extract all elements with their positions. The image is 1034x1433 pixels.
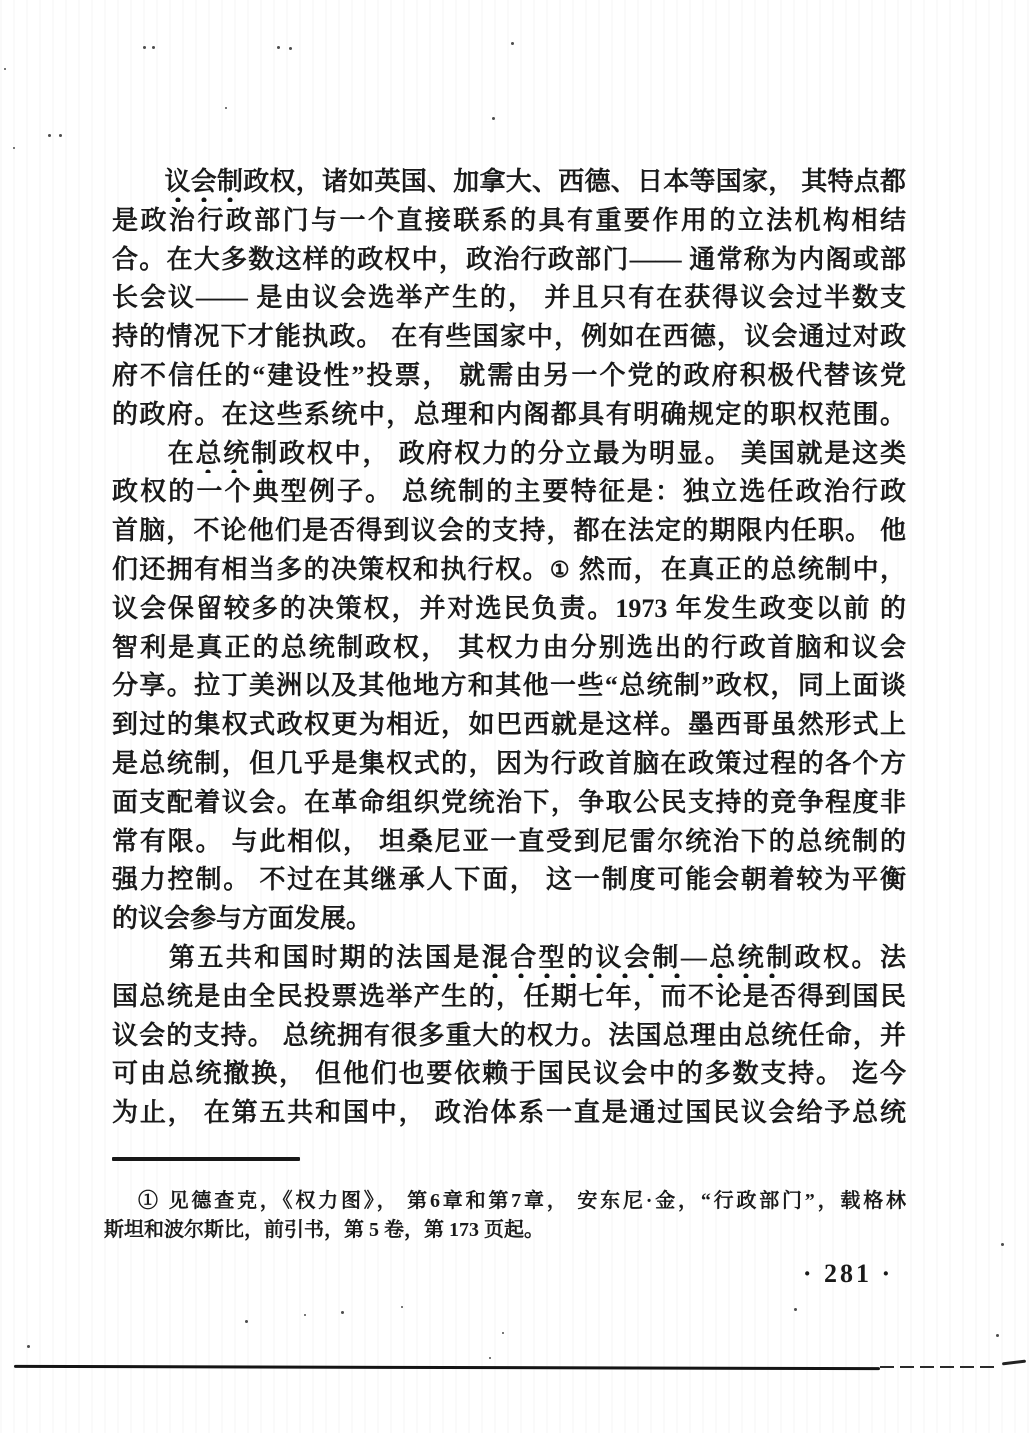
text-line: 长会议—— 是由议会选举产生的， 并且只有在获得议会过半数支	[112, 279, 906, 318]
page-bottom-scan-hook	[1002, 1360, 1026, 1366]
text-line: 面支配着议会。在革命组织党统治下，争取公民支持的竞争程度非	[112, 784, 906, 823]
text-line: ① 见德查克，《权力图》， 第6章和第7章， 安东尼·金，“行政部门”，载格林	[104, 1187, 906, 1216]
text-line: 第五共和国时期的法国是混合型的议会制—总统制政权。法	[112, 939, 906, 978]
text-run: 为止， 在第五共和国中， 政治体系一直是通过国民议会给予总统	[112, 1098, 906, 1127]
text-line: 政权的一个典型例子。 总统制的主要特征是：独立选任政治行政	[112, 473, 906, 512]
text-line: 们还拥有相当多的决策权和执行权。① 然而，在真正的总统制中，	[112, 551, 906, 590]
text-run: 分享。拉丁美洲以及其他地方和其他一些“总统制”政权，同上面谈	[112, 671, 906, 700]
scan-speck	[4, 68, 6, 70]
footnote: ① 见德查克，《权力图》， 第6章和第7章， 安东尼·金，“行政部门”，载格林斯…	[104, 1187, 906, 1244]
footnote-reference-mark: ①	[550, 557, 571, 582]
scan-speck	[152, 46, 155, 49]
scan-speck	[13, 147, 15, 149]
scan-speck	[277, 46, 280, 49]
text-line: 是政治行政部门与一个直接联系的具有重要作用的立法机构相结	[112, 202, 906, 241]
text-run: 第五共和国时期的法国是	[112, 943, 482, 972]
footnote-separator	[112, 1157, 300, 1161]
page-number: · 281 ·	[798, 1259, 898, 1289]
text-run	[112, 167, 165, 196]
text-line: 国总统是由全民投票选举产生的，任期七年，而不论是否得到国民	[112, 978, 906, 1017]
text-run: 议会的支持。 总统拥有很多重大的权力。法国总理由总统任命，并	[112, 1021, 906, 1050]
text-line: 分享。拉丁美洲以及其他地方和其他一些“总统制”政权，同上面谈	[112, 667, 906, 706]
text-run: ① 见德查克，《权力图》， 第6章和第7章， 安东尼·金，“行政部门”，载格林	[138, 1190, 906, 1212]
book-page: 议会制政权，诸如英国、加拿大、西德、日本等国家， 其特点都是政治行政部门与一个直…	[0, 0, 1034, 1433]
page-bottom-scan-line	[14, 1365, 880, 1370]
text-run: 府不信任的“建设性”投票， 就需由另一个党的政府积极代替该党	[112, 361, 906, 390]
body-text: 议会制政权，诸如英国、加拿大、西德、日本等国家， 其特点都是政治行政部门与一个直…	[112, 163, 906, 1133]
text-run: 可由总统撤换， 但他们也要依赖于国民议会中的多数支持。 迄今	[112, 1059, 906, 1088]
emphasized-text: 总统制	[707, 943, 795, 978]
page-bottom-scan-line-dashes	[880, 1366, 998, 1368]
emphasized-text: 混合型的议会制	[482, 943, 681, 978]
text-run: 是政治行政部门与一个直接联系的具有重要作用的立法机构相结	[112, 206, 906, 235]
text-line: 合。在大多数这样的政权中，政治行政部门—— 通常称为内阁或部	[112, 241, 906, 280]
scan-speck	[27, 1345, 30, 1348]
text-line: 是总统制，但几乎是集权式的，因为行政首脑在政策过程的各个方	[112, 745, 906, 784]
text-run: 然而，在真正的总统制中，	[571, 555, 906, 584]
text-run: 政权。法	[795, 943, 906, 972]
text-line: 常有限。 与此相似， 坦桑尼亚一直受到尼雷尔统治下的总统制的	[112, 823, 906, 862]
text-line: 的议会参与方面发展。	[112, 900, 906, 939]
text-run: 斯坦和波尔斯比，前引书，第 5 卷，第 173 页起。	[104, 1219, 544, 1241]
text-run: 常有限。 与此相似， 坦桑尼亚一直受到尼雷尔统治下的总统制的	[112, 827, 906, 856]
text-run: 合。在大多数这样的政权中，政治行政部门—— 通常称为内阁或部	[112, 245, 906, 274]
text-line: 可由总统撤换， 但他们也要依赖于国民议会中的多数支持。 迄今	[112, 1055, 906, 1094]
text-run: 在	[112, 439, 195, 468]
emphasized-text: 总统制	[195, 439, 278, 474]
scan-speck	[143, 46, 146, 49]
text-run: 持的情况下才能执政。 在有些国家中，例如在西德，议会通过对政	[112, 322, 906, 351]
text-run: 政权的一个典型例子。 总统制的主要特征是：独立选任政治行政	[112, 477, 906, 506]
scan-speck	[48, 134, 51, 137]
scan-speck	[304, 1314, 306, 1316]
scan-speck	[225, 107, 227, 109]
scan-speck	[1001, 1243, 1004, 1246]
scan-speck	[492, 117, 495, 120]
text-run: 的政府。在这些系统中，总理和内阁都具有明确规定的职权范围。	[112, 400, 906, 429]
text-line: 议会的支持。 总统拥有很多重大的权力。法国总理由总统任命，并	[112, 1017, 906, 1056]
emphasized-text: 议会制	[165, 167, 244, 202]
text-line: 持的情况下才能执政。 在有些国家中，例如在西德，议会通过对政	[112, 318, 906, 357]
scan-speck	[245, 1320, 248, 1323]
text-run: 首脑，不论他们是否得到议会的支持，都在法定的期限内任职。 他	[112, 516, 906, 545]
scan-speck	[794, 1308, 797, 1311]
text-run: 面支配着议会。在革命组织党统治下，争取公民支持的竞争程度非	[112, 788, 906, 817]
text-line: 议会保留较多的决策权，并对选民负责。1973 年发生政变以前 的	[112, 590, 906, 629]
text-run: 的议会参与方面发展。	[112, 904, 372, 933]
scan-speck	[489, 1357, 491, 1359]
text-line: 议会制政权，诸如英国、加拿大、西德、日本等国家， 其特点都	[112, 163, 906, 202]
text-run: 国总统是由全民投票选举产生的，任期七年，而不论是否得到国民	[112, 982, 906, 1011]
scan-speck	[996, 1334, 999, 1337]
text-run: 到过的集权式政权更为相近，如巴西就是这样。墨西哥虽然形式上	[112, 710, 906, 739]
text-line: 府不信任的“建设性”投票， 就需由另一个党的政府积极代替该党	[112, 357, 906, 396]
text-run: 们还拥有相当多的决策权和执行权。	[112, 555, 550, 584]
text-line: 智利是真正的总统制政权， 其权力由分别选出的行政首脑和议会	[112, 629, 906, 668]
scan-speck	[289, 47, 292, 50]
text-run: 政权，诸如英国、加拿大、西德、日本等国家， 其特点都	[243, 167, 906, 196]
text-line: 为止， 在第五共和国中， 政治体系一直是通过国民议会给予总统	[112, 1094, 906, 1133]
text-line: 在总统制政权中， 政府权力的分立最为明显。 美国就是这类	[112, 435, 906, 474]
scan-speck	[401, 1306, 403, 1308]
scan-speck	[59, 134, 62, 137]
text-run: 强力控制。 不过在其继承人下面， 这一制度可能会朝着较为平衡	[112, 865, 906, 894]
text-line: 斯坦和波尔斯比，前引书，第 5 卷，第 173 页起。	[104, 1216, 906, 1245]
scan-speck	[511, 42, 514, 45]
text-run: 是总统制，但几乎是集权式的，因为行政首脑在政策过程的各个方	[112, 749, 906, 778]
text-run: 政权中， 政府权力的分立最为明显。 美国就是这类	[279, 439, 906, 468]
scan-speck	[502, 1332, 504, 1334]
text-run: 智利是真正的总统制政权， 其权力由分别选出的行政首脑和议会	[112, 633, 906, 662]
scan-speck	[341, 1311, 344, 1314]
text-line: 到过的集权式政权更为相近，如巴西就是这样。墨西哥虽然形式上	[112, 706, 906, 745]
text-run: 议会保留较多的决策权，并对选民负责。1973 年发生政变以前 的	[112, 594, 906, 623]
text-line: 的政府。在这些系统中，总理和内阁都具有明确规定的职权范围。	[112, 396, 906, 435]
text-run: 长会议—— 是由议会选举产生的， 并且只有在获得议会过半数支	[112, 283, 906, 312]
text-line: 首脑，不论他们是否得到议会的支持，都在法定的期限内任职。 他	[112, 512, 906, 551]
text-run: —	[681, 943, 707, 972]
text-line: 强力控制。 不过在其继承人下面， 这一制度可能会朝着较为平衡	[112, 861, 906, 900]
